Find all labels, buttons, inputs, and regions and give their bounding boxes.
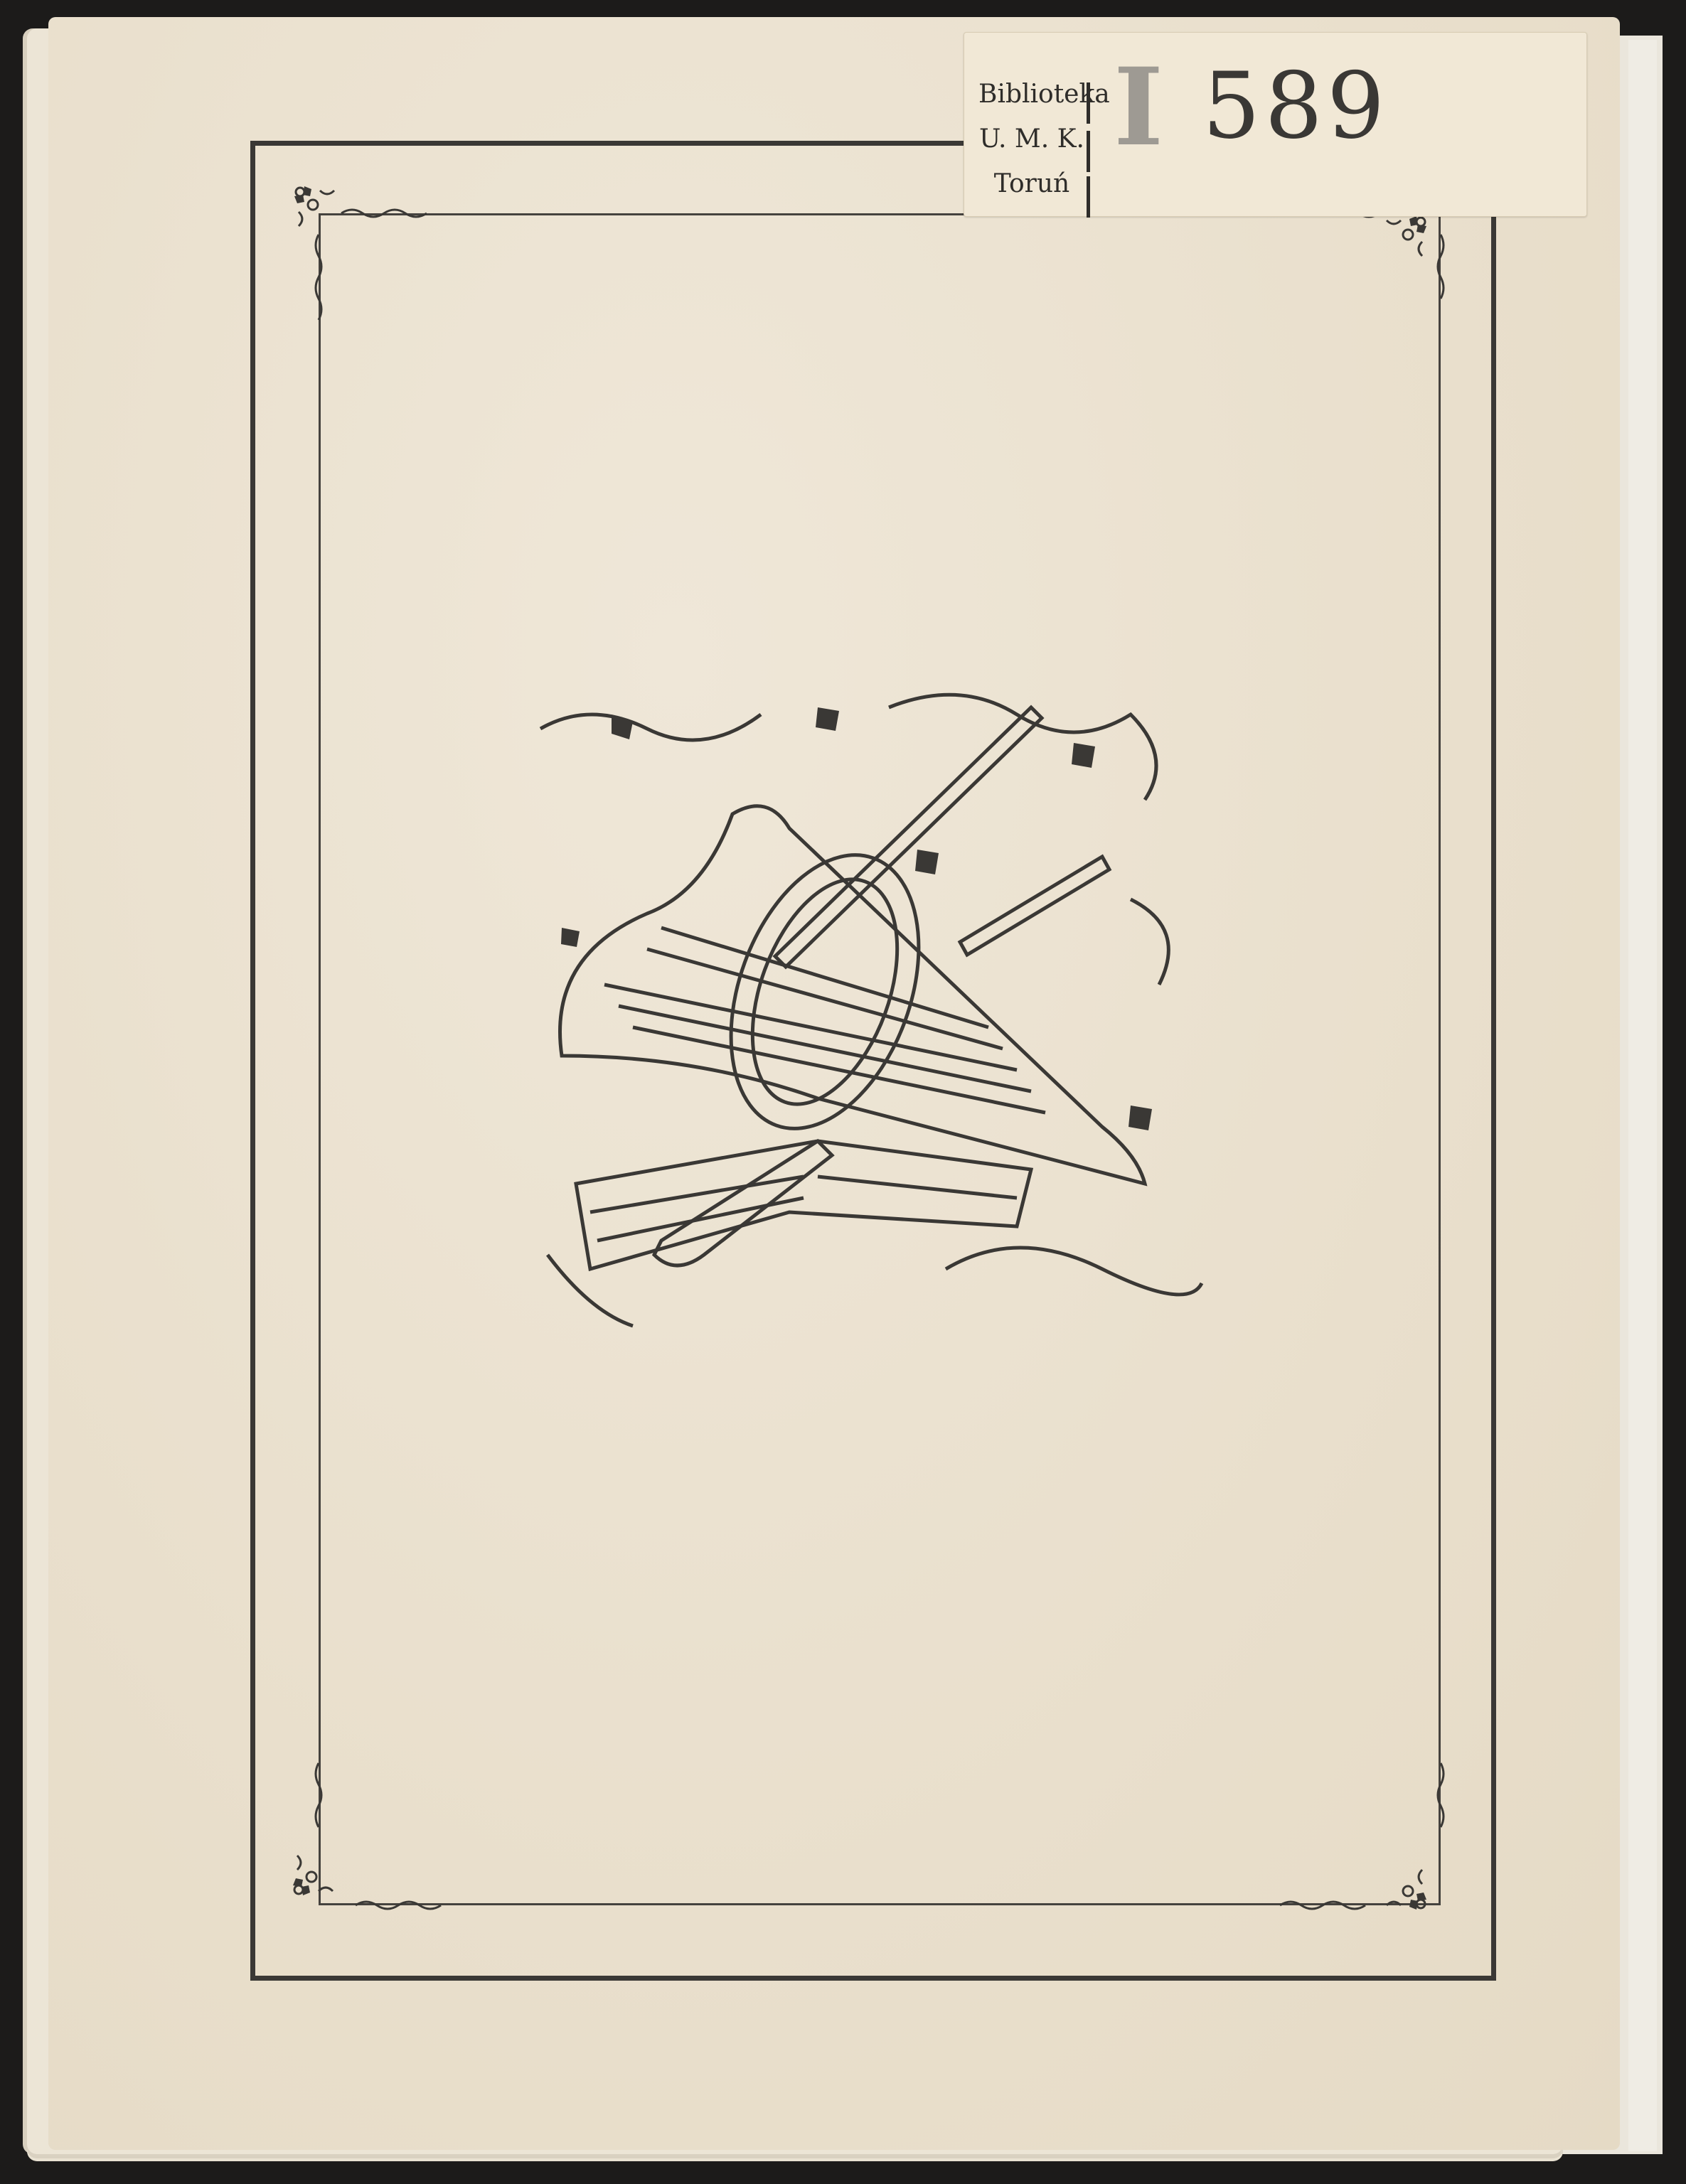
shelf-mark: I xyxy=(1114,54,1163,161)
horn-icon xyxy=(654,1141,832,1265)
flute-icon xyxy=(775,707,1042,967)
label-divider xyxy=(1087,131,1090,172)
library-call-number-label: Biblioteka U. M. K. Toruń I 589 xyxy=(964,32,1587,217)
institution-line-1: Biblioteka xyxy=(978,72,1085,117)
vine-ornament-icon-bottom-left xyxy=(290,1848,340,1898)
institution-line-2: U. M. K. xyxy=(978,117,1085,161)
institution-line-3: Toruń xyxy=(978,161,1085,206)
vine-ornament-icon-top-left xyxy=(292,183,341,233)
wrapper-edge xyxy=(1628,40,1657,2151)
book-icon xyxy=(576,1141,1031,1269)
musical-instruments-vignette xyxy=(519,686,1230,1369)
tambourine-icon xyxy=(696,829,954,1155)
vine-ornament-icon-bottom-right xyxy=(1380,1863,1429,1912)
label-divider xyxy=(1087,176,1090,218)
vine-ornament-icon-top-right xyxy=(1380,213,1429,263)
institution-name: Biblioteka U. M. K. Toruń xyxy=(978,72,1085,206)
label-divider xyxy=(1087,82,1090,124)
call-number: 589 xyxy=(1202,61,1389,152)
